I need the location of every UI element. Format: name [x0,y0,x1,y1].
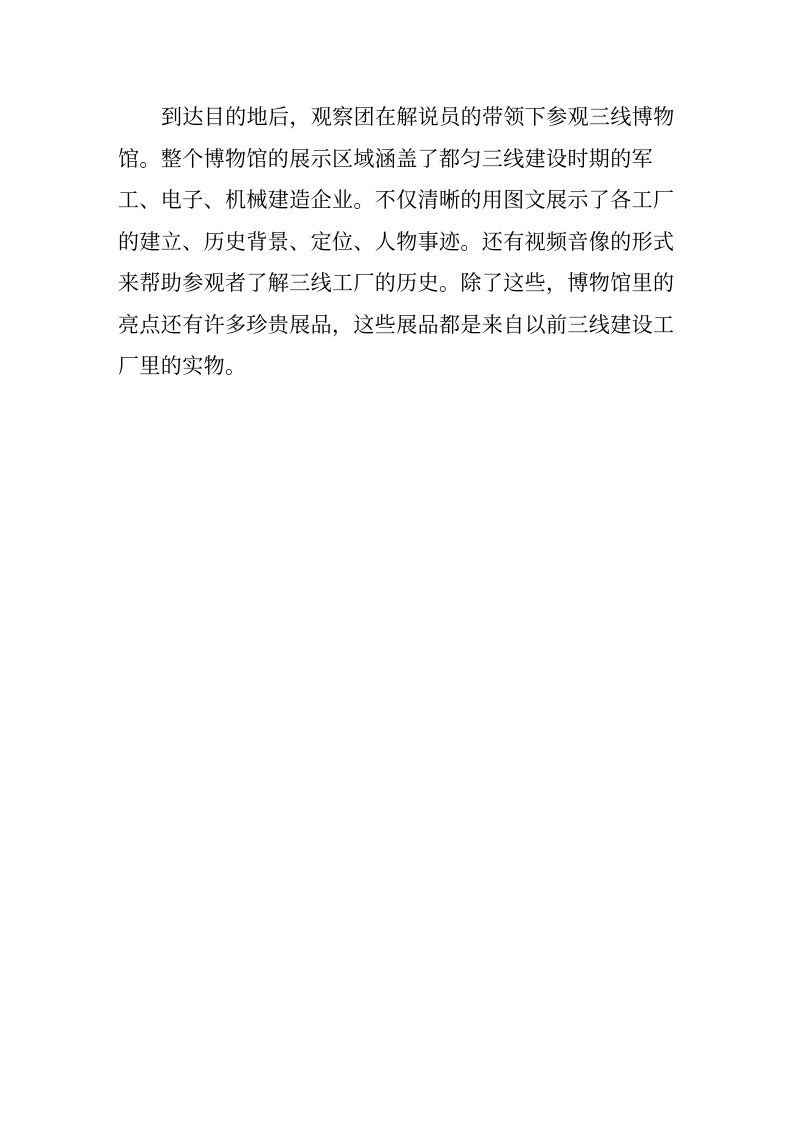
paragraph-line: 工、电子、机械建造企业。不仅清晰的用图文展示了各工厂 [118,180,680,222]
paragraph-line: 的建立、历史背景、定位、人物事迹。还有视频音像的形式 [118,222,680,264]
body-paragraph: 到达目的地后，观察团在解说员的带领下参观三线博物 馆。整个博物馆的展示区域涵盖了… [118,97,680,388]
paragraph-line: 到达目的地后，观察团在解说员的带领下参观三线博物 [118,97,680,139]
paragraph-line: 亮点还有许多珍贵展品，这些展品都是来自以前三线建设工 [118,305,680,347]
paragraph-line: 来帮助参观者了解三线工厂的历史。除了这些，博物馆里的 [118,263,680,305]
paragraph-line: 馆。整个博物馆的展示区域涵盖了都匀三线建设时期的军 [118,139,680,181]
document-page: 到达目的地后，观察团在解说员的带领下参观三线博物 馆。整个博物馆的展示区域涵盖了… [0,0,793,1122]
paragraph-line: 厂里的实物。 [118,346,680,388]
